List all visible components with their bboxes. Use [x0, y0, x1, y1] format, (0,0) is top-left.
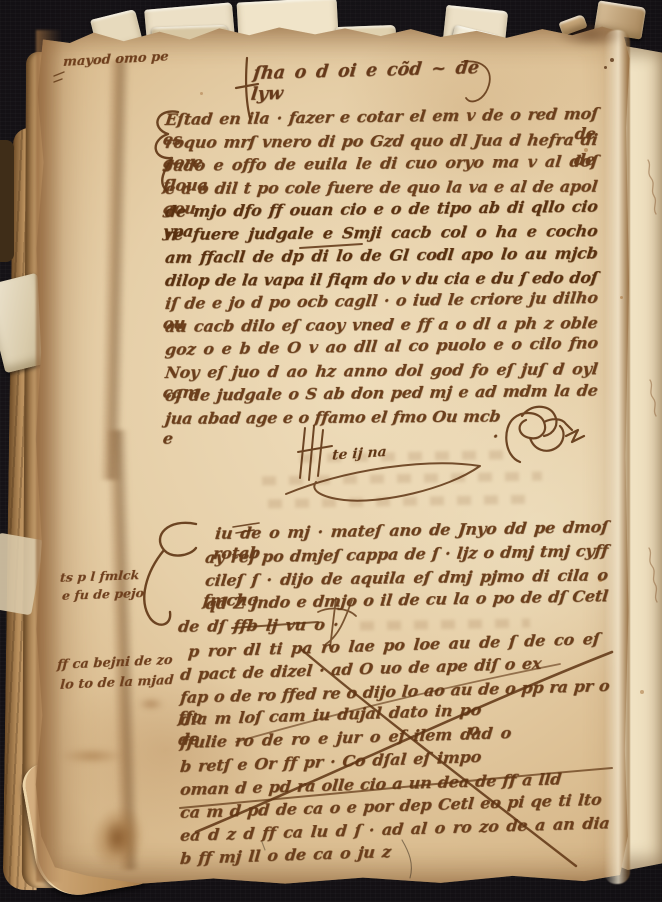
text-line: am ffacll de dp di lo de Gl codl apo lo … — [164, 243, 599, 270]
page-stack-shadow — [0, 140, 14, 262]
stain-smudge — [60, 748, 124, 764]
archive-photo: mayod omo pe ſha o d oi e cõd ~ de lyw E… — [0, 0, 662, 902]
foxing-spot — [620, 296, 623, 299]
text-line: rado e offo de euila le di cuo oryo ma v… — [164, 151, 599, 178]
margin-note-line: e fu de pejo — [61, 585, 144, 603]
text-line: re fuere judgale e Smji cacb col o ha e … — [164, 221, 599, 247]
margin-note-line: ts p l fmlck — [59, 567, 139, 585]
foxing-spot — [640, 690, 644, 694]
stain-smudge — [138, 698, 164, 710]
text-line: jua abad age e o ffamo el fmo Ou mcb e · — [164, 407, 502, 431]
gutter-crease-highlight — [604, 30, 630, 884]
heading-line: ſha o d oi e cõd ~ de lyw — [250, 58, 481, 106]
text-line: de dſ ffb lj vu o · — [177, 615, 340, 639]
text-line: Eſtad en ila · fazer e cotar el em v de … — [164, 104, 599, 132]
stain-blotch — [104, 818, 130, 858]
foxing-spot — [200, 92, 203, 95]
stain-blotch — [556, 22, 626, 48]
worn-left-edge — [36, 30, 62, 882]
ink-spot — [604, 66, 607, 69]
ink-spot — [610, 58, 614, 62]
